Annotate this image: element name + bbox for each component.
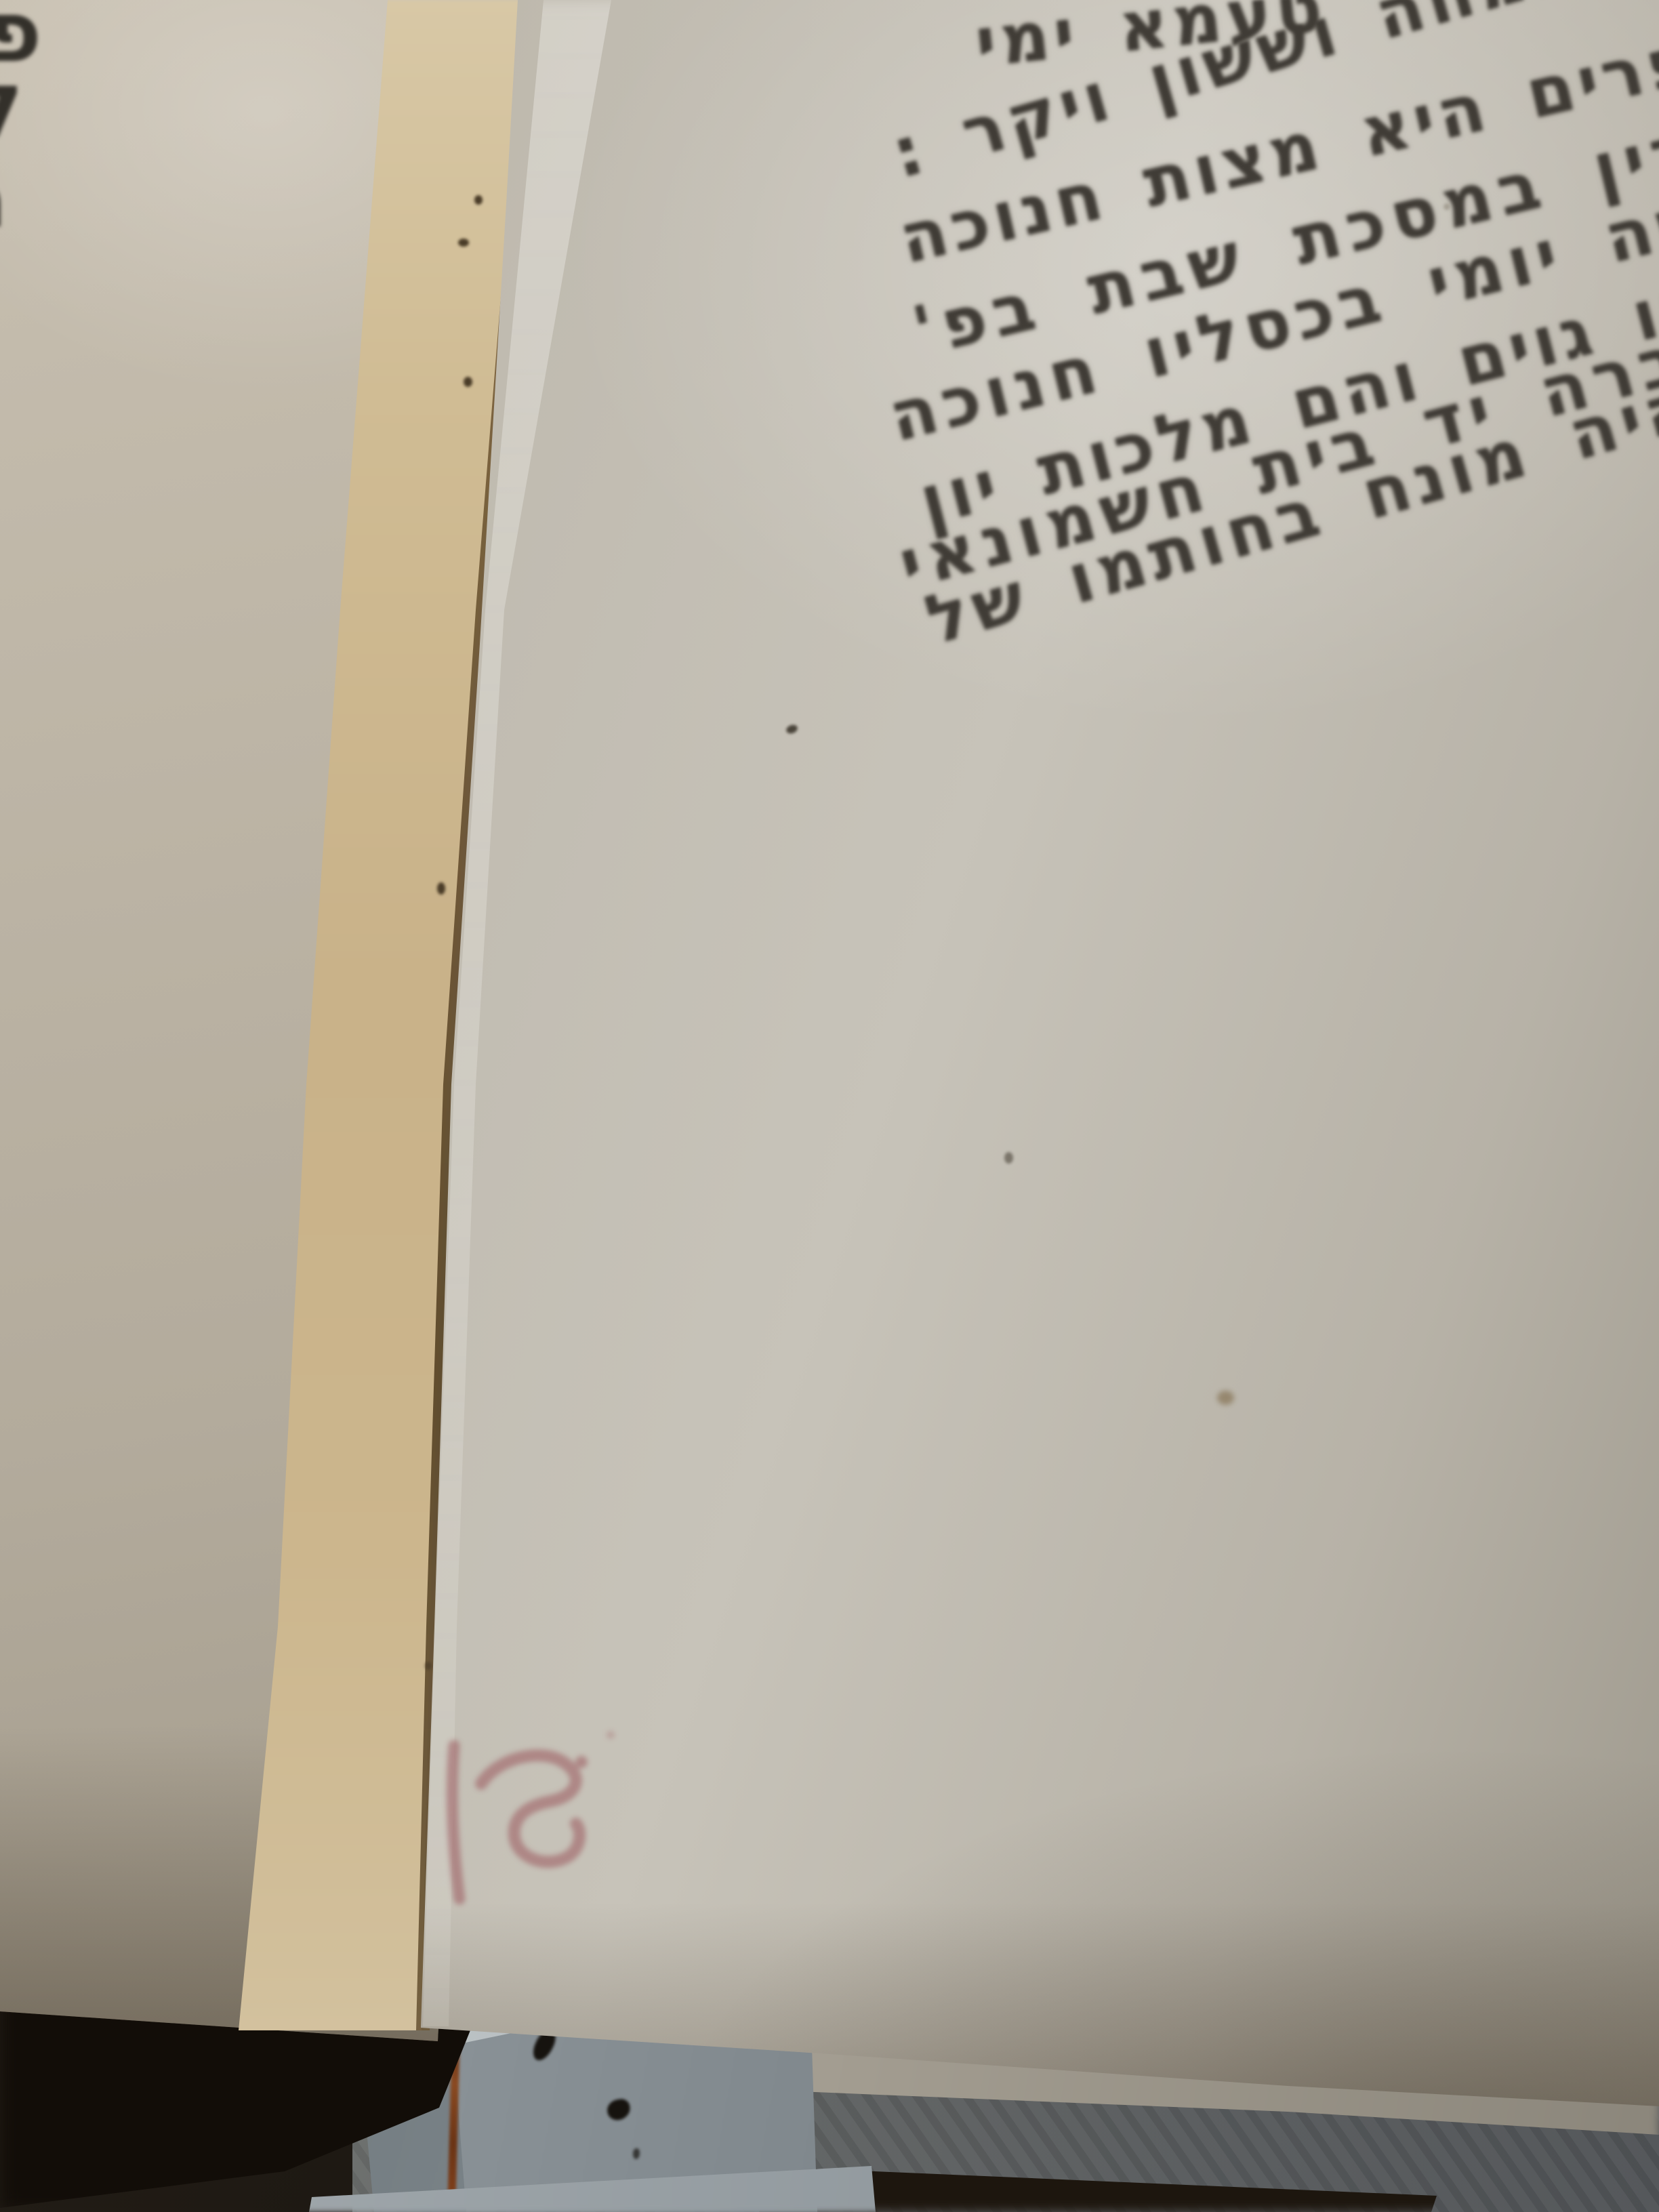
red-mark-bar [452,1746,459,1899]
red-mark-flourish [481,1755,579,1862]
clipped-letter: ר [0,159,7,239]
red-mark-dot [575,1756,588,1768]
paper-speck [464,377,472,387]
paper-speck [437,882,445,895]
paper-speck [458,239,469,247]
paper-speck [425,1662,432,1670]
red-mark-dot [607,1731,615,1739]
paper-speck [1443,203,1450,210]
paper-speck [785,723,798,735]
photo: פ ל ר ו טעמא ימי אורה ושמחה וששון ויקר :… [0,0,1659,2212]
paper-smudge [1217,1391,1234,1405]
paper-speck [474,195,483,205]
paper-speck [1004,1152,1013,1164]
clipped-letter: ל [0,58,24,152]
